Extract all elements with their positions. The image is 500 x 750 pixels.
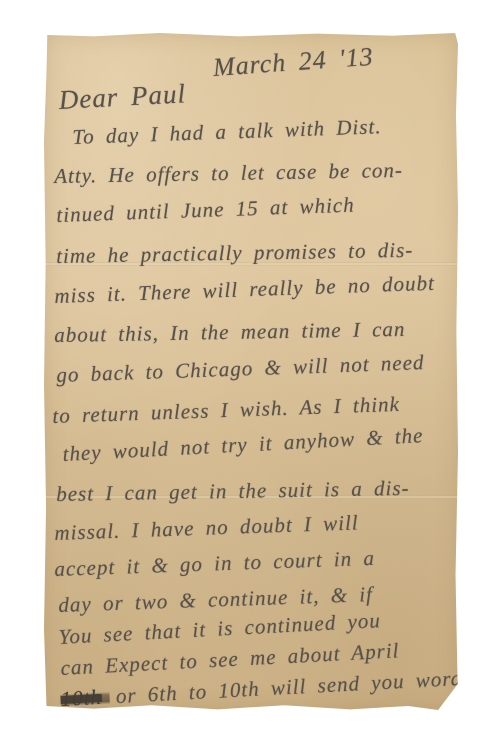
letter-paper: March 24 '13 Dear Paul To day I had a ta… xyxy=(44,33,458,710)
letter-line: miss it. There will really be no doubt xyxy=(54,271,435,309)
letter-line: accept it & go in to court in a xyxy=(54,546,375,582)
struck-out-text: 10th xyxy=(60,684,111,711)
letter-line: missal. I have no doubt I will xyxy=(54,510,359,546)
letter-line: about this, In the mean time I can xyxy=(54,317,406,348)
letter-date: March 24 '13 xyxy=(212,42,375,83)
letter-line: tinued until June 15 at which xyxy=(56,193,355,228)
letter-line: go back to Chicago & will not need xyxy=(56,350,425,388)
letter-line: To day I had a talk with Dist. xyxy=(72,114,382,150)
scan-background: March 24 '13 Dear Paul To day I had a ta… xyxy=(0,0,500,750)
letter-salutation: Dear Paul xyxy=(58,78,187,116)
letter-line: Atty. He offers to let case be con- xyxy=(54,158,403,189)
letter-line: best I can get in the suit is a dis- xyxy=(56,476,410,507)
letter-line: they would not try it anyhow & the xyxy=(62,423,424,467)
letter-line: to return unless I wish. As I think xyxy=(52,392,400,429)
letter-line: time he practically promises to dis- xyxy=(56,238,413,269)
